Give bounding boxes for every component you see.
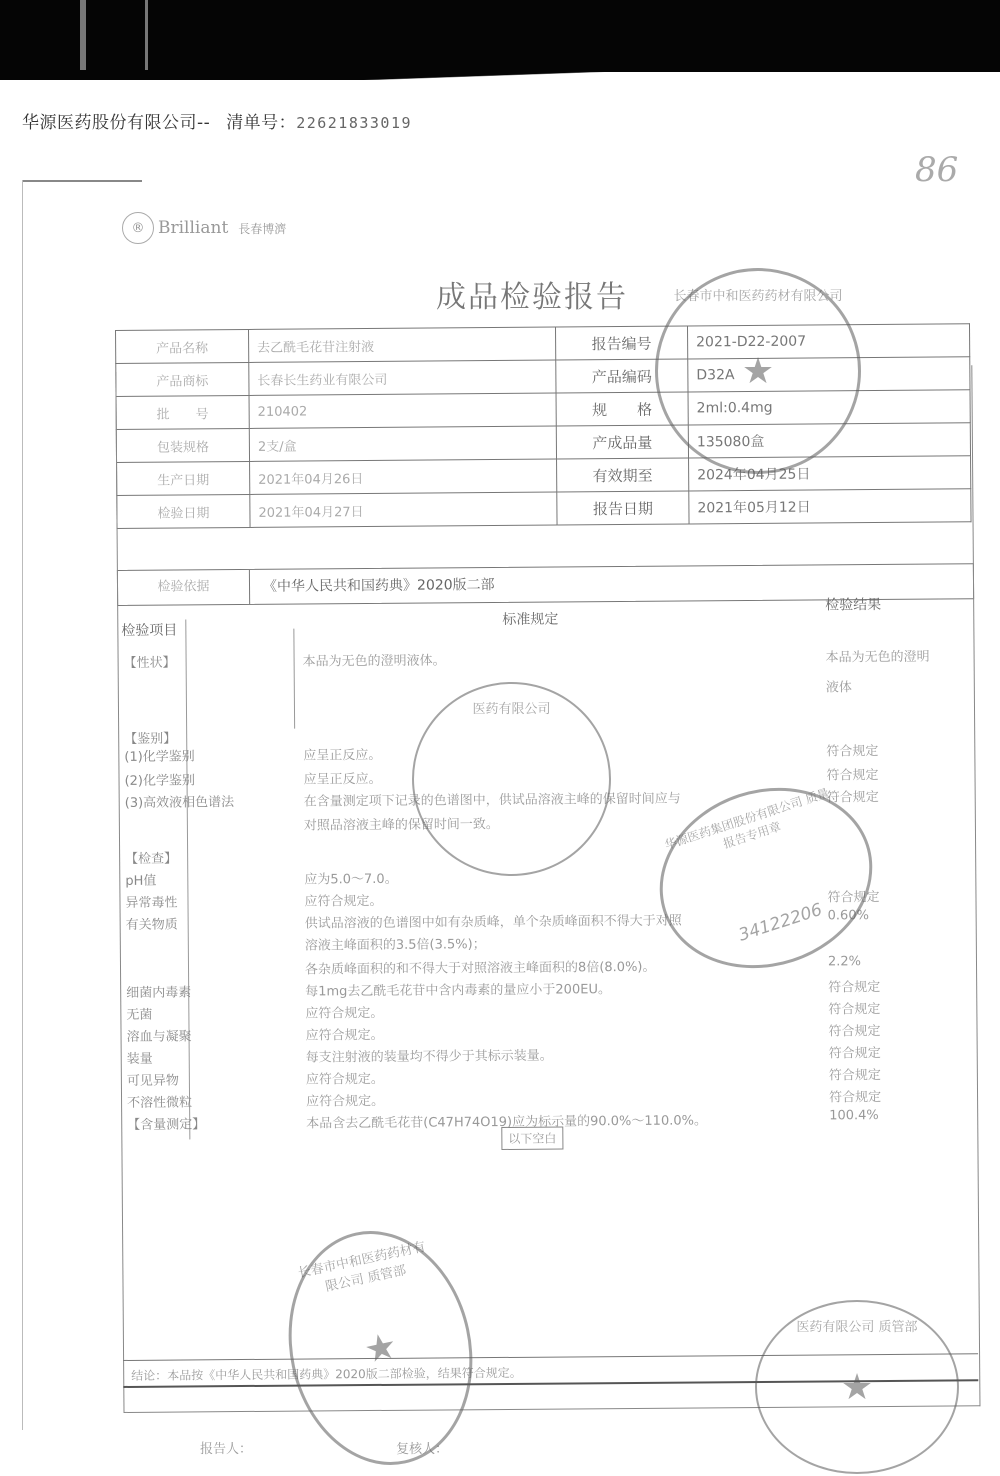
star-icon: ★ bbox=[360, 1325, 400, 1372]
item-name: 异常毒性 bbox=[125, 892, 177, 911]
item-name: (2)化学鉴别 bbox=[124, 769, 195, 789]
scan-artifact bbox=[80, 0, 86, 70]
item-standard: 应符合规定。 bbox=[304, 890, 382, 910]
stamp-top-right: 长春市中和医药药材有限公司 ★ bbox=[655, 268, 861, 474]
stamp-text: 医药有限公司 bbox=[414, 698, 609, 717]
item-name: 无菌 bbox=[126, 1004, 152, 1023]
star-icon: ★ bbox=[841, 1367, 873, 1408]
item-name: 【鉴别】 bbox=[124, 728, 176, 747]
reporter-label: 报告人： bbox=[200, 1442, 252, 1457]
item-result: 符合规定 bbox=[826, 740, 878, 759]
item-standard: 溶液主峰面积的3.5倍(3.5%)； bbox=[305, 933, 486, 953]
stamp-middle: 医药有限公司 bbox=[412, 682, 611, 876]
item-name: 【性状】 bbox=[124, 652, 176, 671]
item-name: 有关物质 bbox=[126, 914, 178, 933]
list-label: 清单号： bbox=[226, 113, 296, 133]
item-name: 【检查】 bbox=[125, 848, 177, 867]
col-header-standard: 标准规定 bbox=[502, 609, 558, 629]
item-name: 可见异物 bbox=[127, 1070, 179, 1089]
item-standard: 应符合规定。 bbox=[305, 1024, 383, 1044]
item-name: 不溶性微粒 bbox=[127, 1091, 192, 1111]
item-standard: 应符合规定。 bbox=[306, 1068, 384, 1088]
item-standard: 本品为无色的澄明液体。 bbox=[303, 649, 446, 669]
stamp-bottom-right: 医药有限公司 质管部 ★ bbox=[755, 1300, 959, 1474]
handwritten-page-number: 86 bbox=[915, 150, 958, 190]
item-standard: 应符合规定。 bbox=[306, 1090, 384, 1110]
item-result: 100.4% bbox=[829, 1108, 879, 1123]
item-standard: 供试品溶液的色谱图中如有杂质峰，单个杂质峰面积不得大于对照 bbox=[305, 910, 682, 932]
item-standard: 各杂质峰面积的和不得大于对照溶液主峰面积的8倍(8.0%)。 bbox=[305, 956, 656, 978]
scan-artifact bbox=[145, 0, 148, 70]
item-standard: 应符合规定。 bbox=[305, 1002, 383, 1022]
blank-notice: 以下空白 bbox=[501, 1127, 563, 1150]
logo-emblem-icon: ® bbox=[122, 212, 154, 244]
stamp-text: 医药有限公司 质管部 bbox=[757, 1316, 957, 1335]
info-label: 产品名称 bbox=[116, 329, 249, 363]
scan-black-band bbox=[0, 0, 1000, 72]
item-result: 符合规定 bbox=[828, 976, 880, 995]
item-result: 符合规定 bbox=[828, 1020, 880, 1039]
item-standard: 应为5.0～7.0。 bbox=[304, 868, 398, 888]
scan-edge bbox=[22, 180, 142, 190]
item-name: 溶血与凝聚 bbox=[126, 1025, 191, 1045]
item-standard: 应呈正反应。 bbox=[303, 744, 381, 764]
item-result: 符合规定 bbox=[829, 1086, 881, 1105]
col-header-item: 检验项目 bbox=[121, 620, 177, 640]
star-icon: ★ bbox=[742, 351, 774, 392]
document-header: 华源医药股份有限公司-- 清单号：22621833019 bbox=[22, 108, 412, 133]
item-name: pH值 bbox=[125, 870, 156, 889]
item-name: 【含量测定】 bbox=[127, 1113, 205, 1133]
logo-brand: Brilliant bbox=[158, 218, 228, 238]
item-result: 液体 bbox=[826, 676, 852, 695]
item-name: 装量 bbox=[127, 1048, 153, 1067]
item-standard: 每支注射液的装量均不得少于其标示装量。 bbox=[306, 1045, 553, 1066]
logo-brand-cn: 長春博濟 bbox=[238, 220, 286, 237]
item-result: 符合规定 bbox=[829, 1042, 881, 1061]
item-result: 符合规定 bbox=[828, 998, 880, 1017]
item-result: 2.2% bbox=[828, 954, 861, 969]
item-result: 本品为无色的澄明 bbox=[826, 646, 930, 666]
item-name: 细菌内毒素 bbox=[126, 981, 191, 1001]
info-value: 去乙酰毛花苷注射液 bbox=[248, 327, 555, 362]
report-title: 成品检验报告 bbox=[436, 272, 628, 316]
col-header-result: 检验结果 bbox=[825, 594, 881, 614]
scan-edge-vertical bbox=[22, 180, 23, 1430]
stamp-text: 长春市中和医药药材有限公司 bbox=[658, 285, 858, 304]
item-standard: 每1mg去乙酰毛花苷中含内毒素的量应小于200EU。 bbox=[305, 978, 611, 999]
item-name: (3)高效液相色谱法 bbox=[125, 791, 235, 811]
item-result: 符合规定 bbox=[829, 1064, 881, 1083]
company-logo: ® Brilliant 長春博濟 bbox=[122, 212, 286, 244]
company-name: 华源医药股份有限公司-- bbox=[22, 113, 210, 133]
item-name: (1)化学鉴别 bbox=[124, 745, 195, 765]
list-number: 22621833019 bbox=[296, 114, 412, 132]
item-standard: 应呈正反应。 bbox=[303, 768, 381, 788]
